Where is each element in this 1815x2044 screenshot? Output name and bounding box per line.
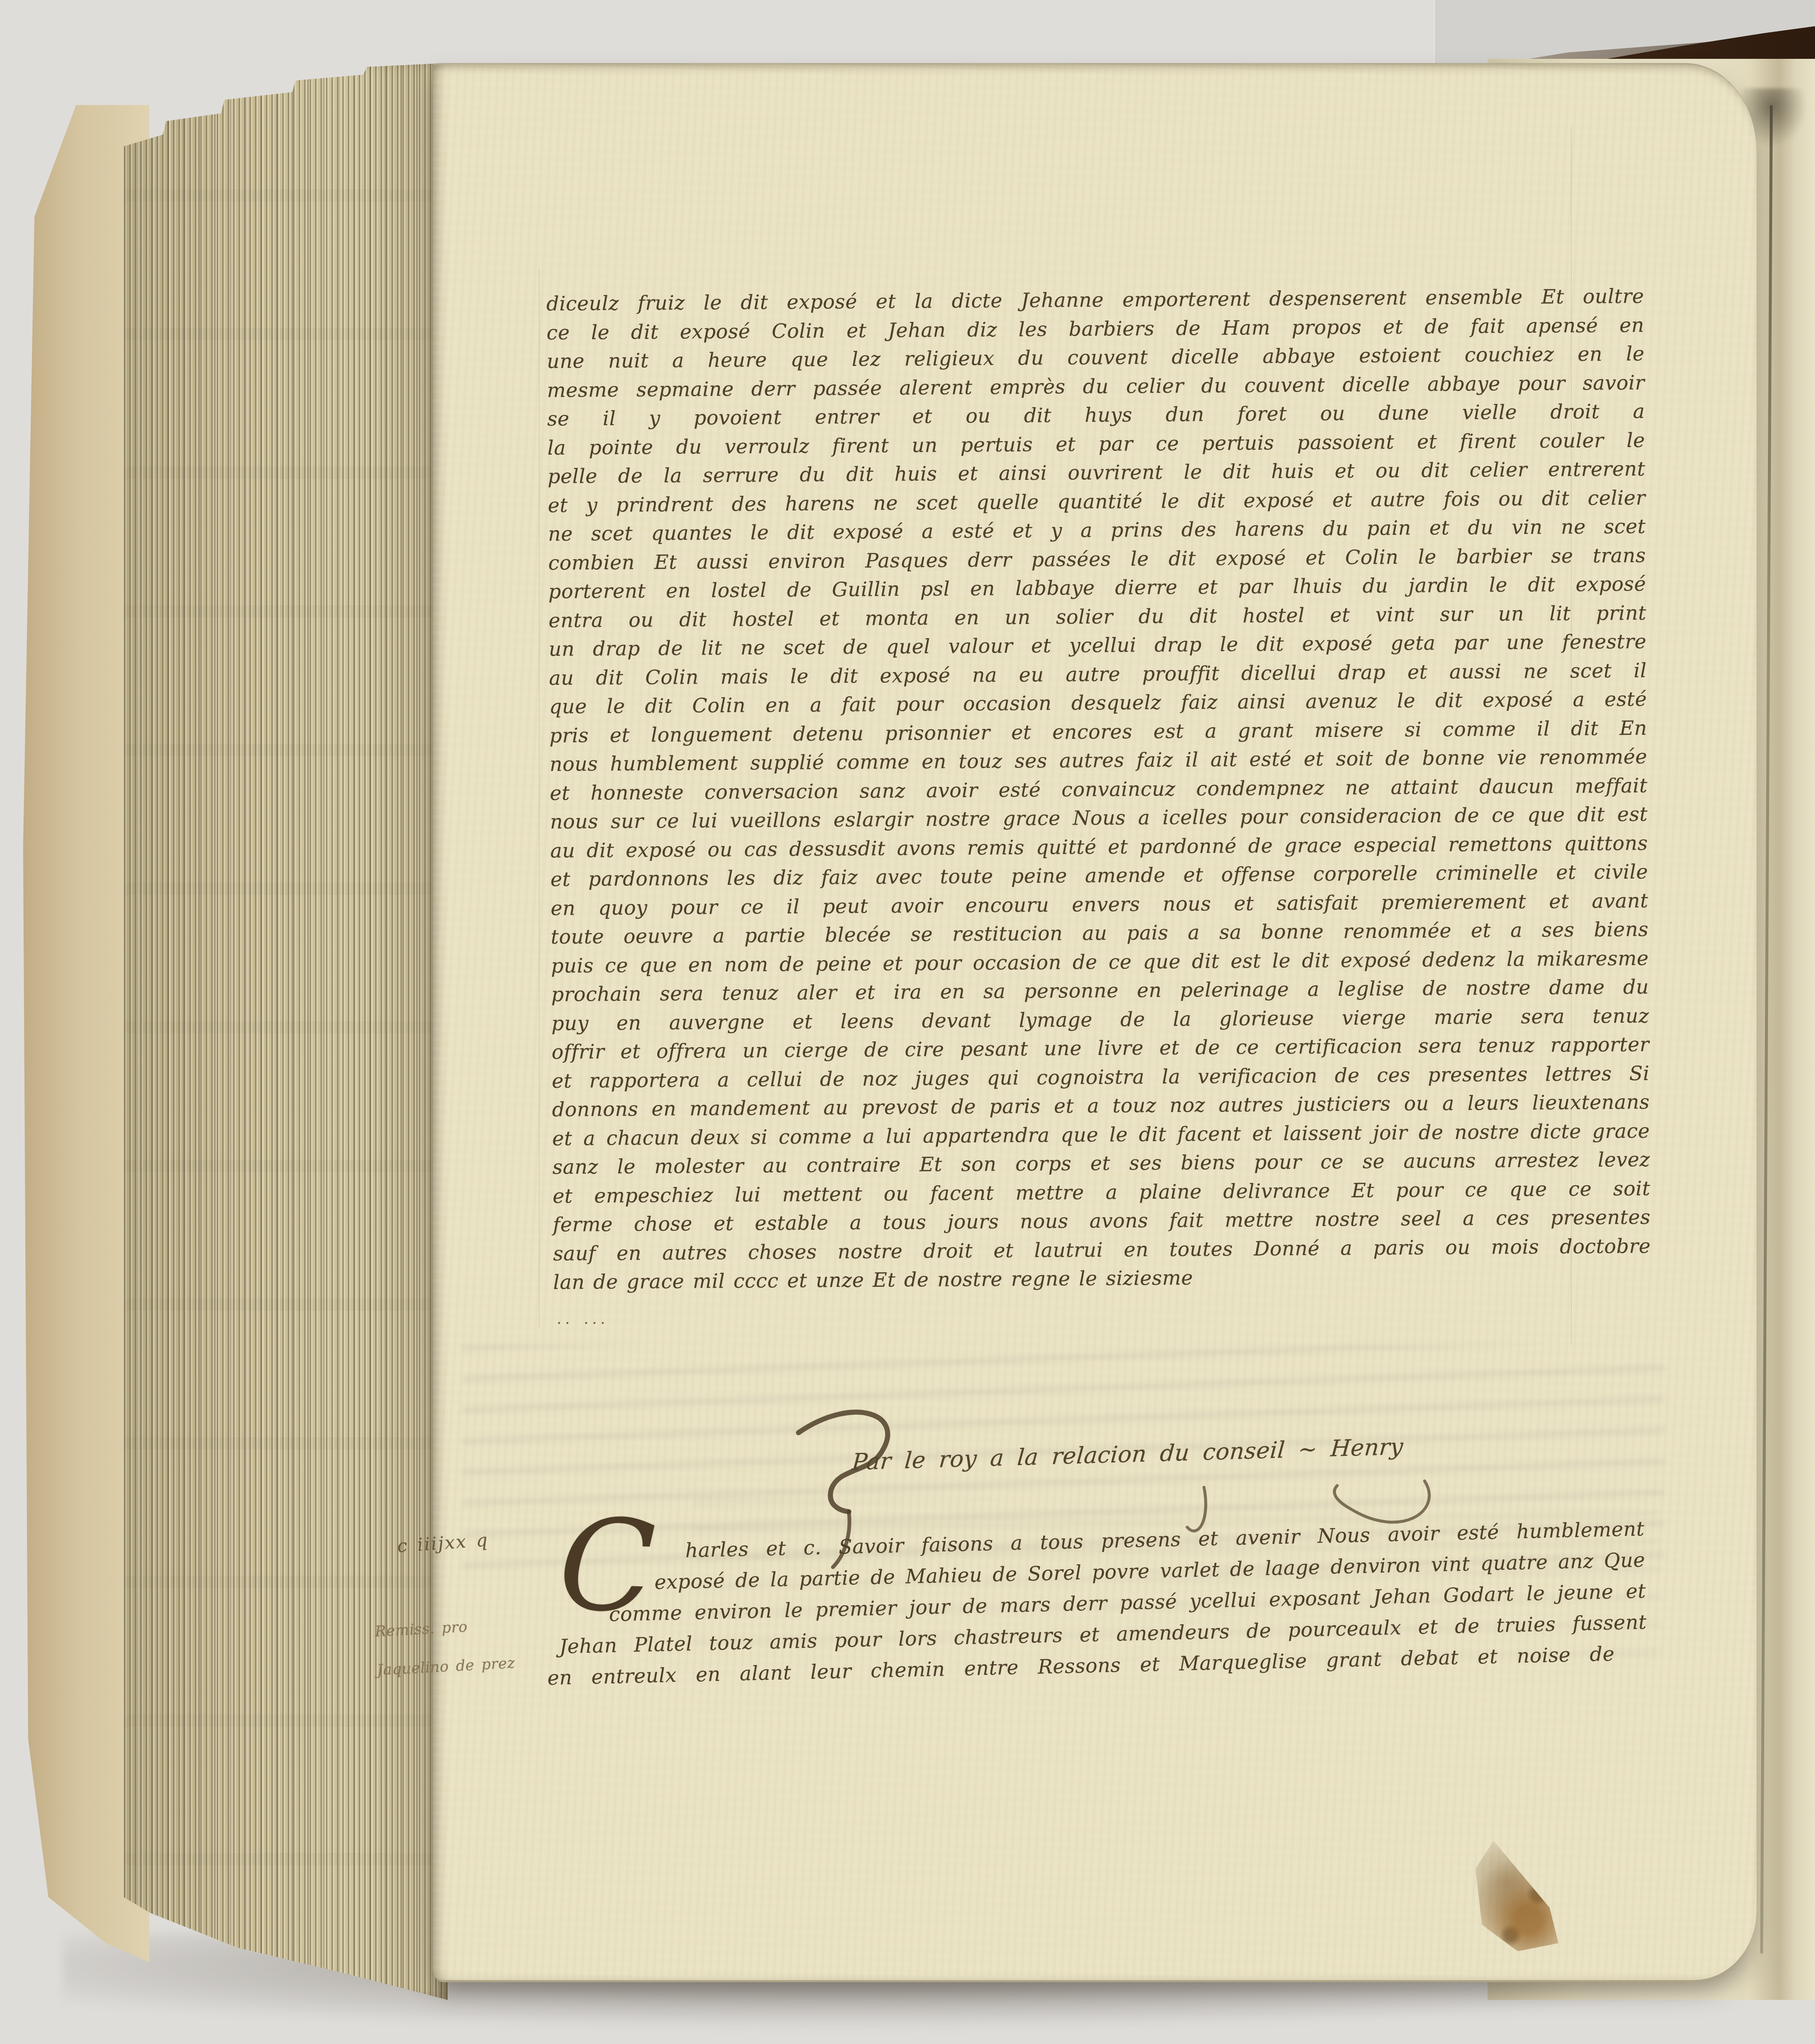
margin-note-line: Jaquelino de prez: [376, 1644, 516, 1690]
ink-dots: ·· ···: [557, 1315, 609, 1332]
remission-margin-note: Remiss. proJaquelino de prez: [374, 1605, 516, 1690]
main-entry-text: diceulz fruiz le dit exposé et la dicte …: [546, 282, 1651, 1297]
margin-rule-left: [539, 269, 540, 1328]
margin-note-line: Remiss. pro: [374, 1605, 514, 1651]
second-entry-text: harles et c. Savoir faisons a tous prese…: [544, 1514, 1648, 1694]
fore-edge-leaf-stack: [124, 63, 448, 2000]
